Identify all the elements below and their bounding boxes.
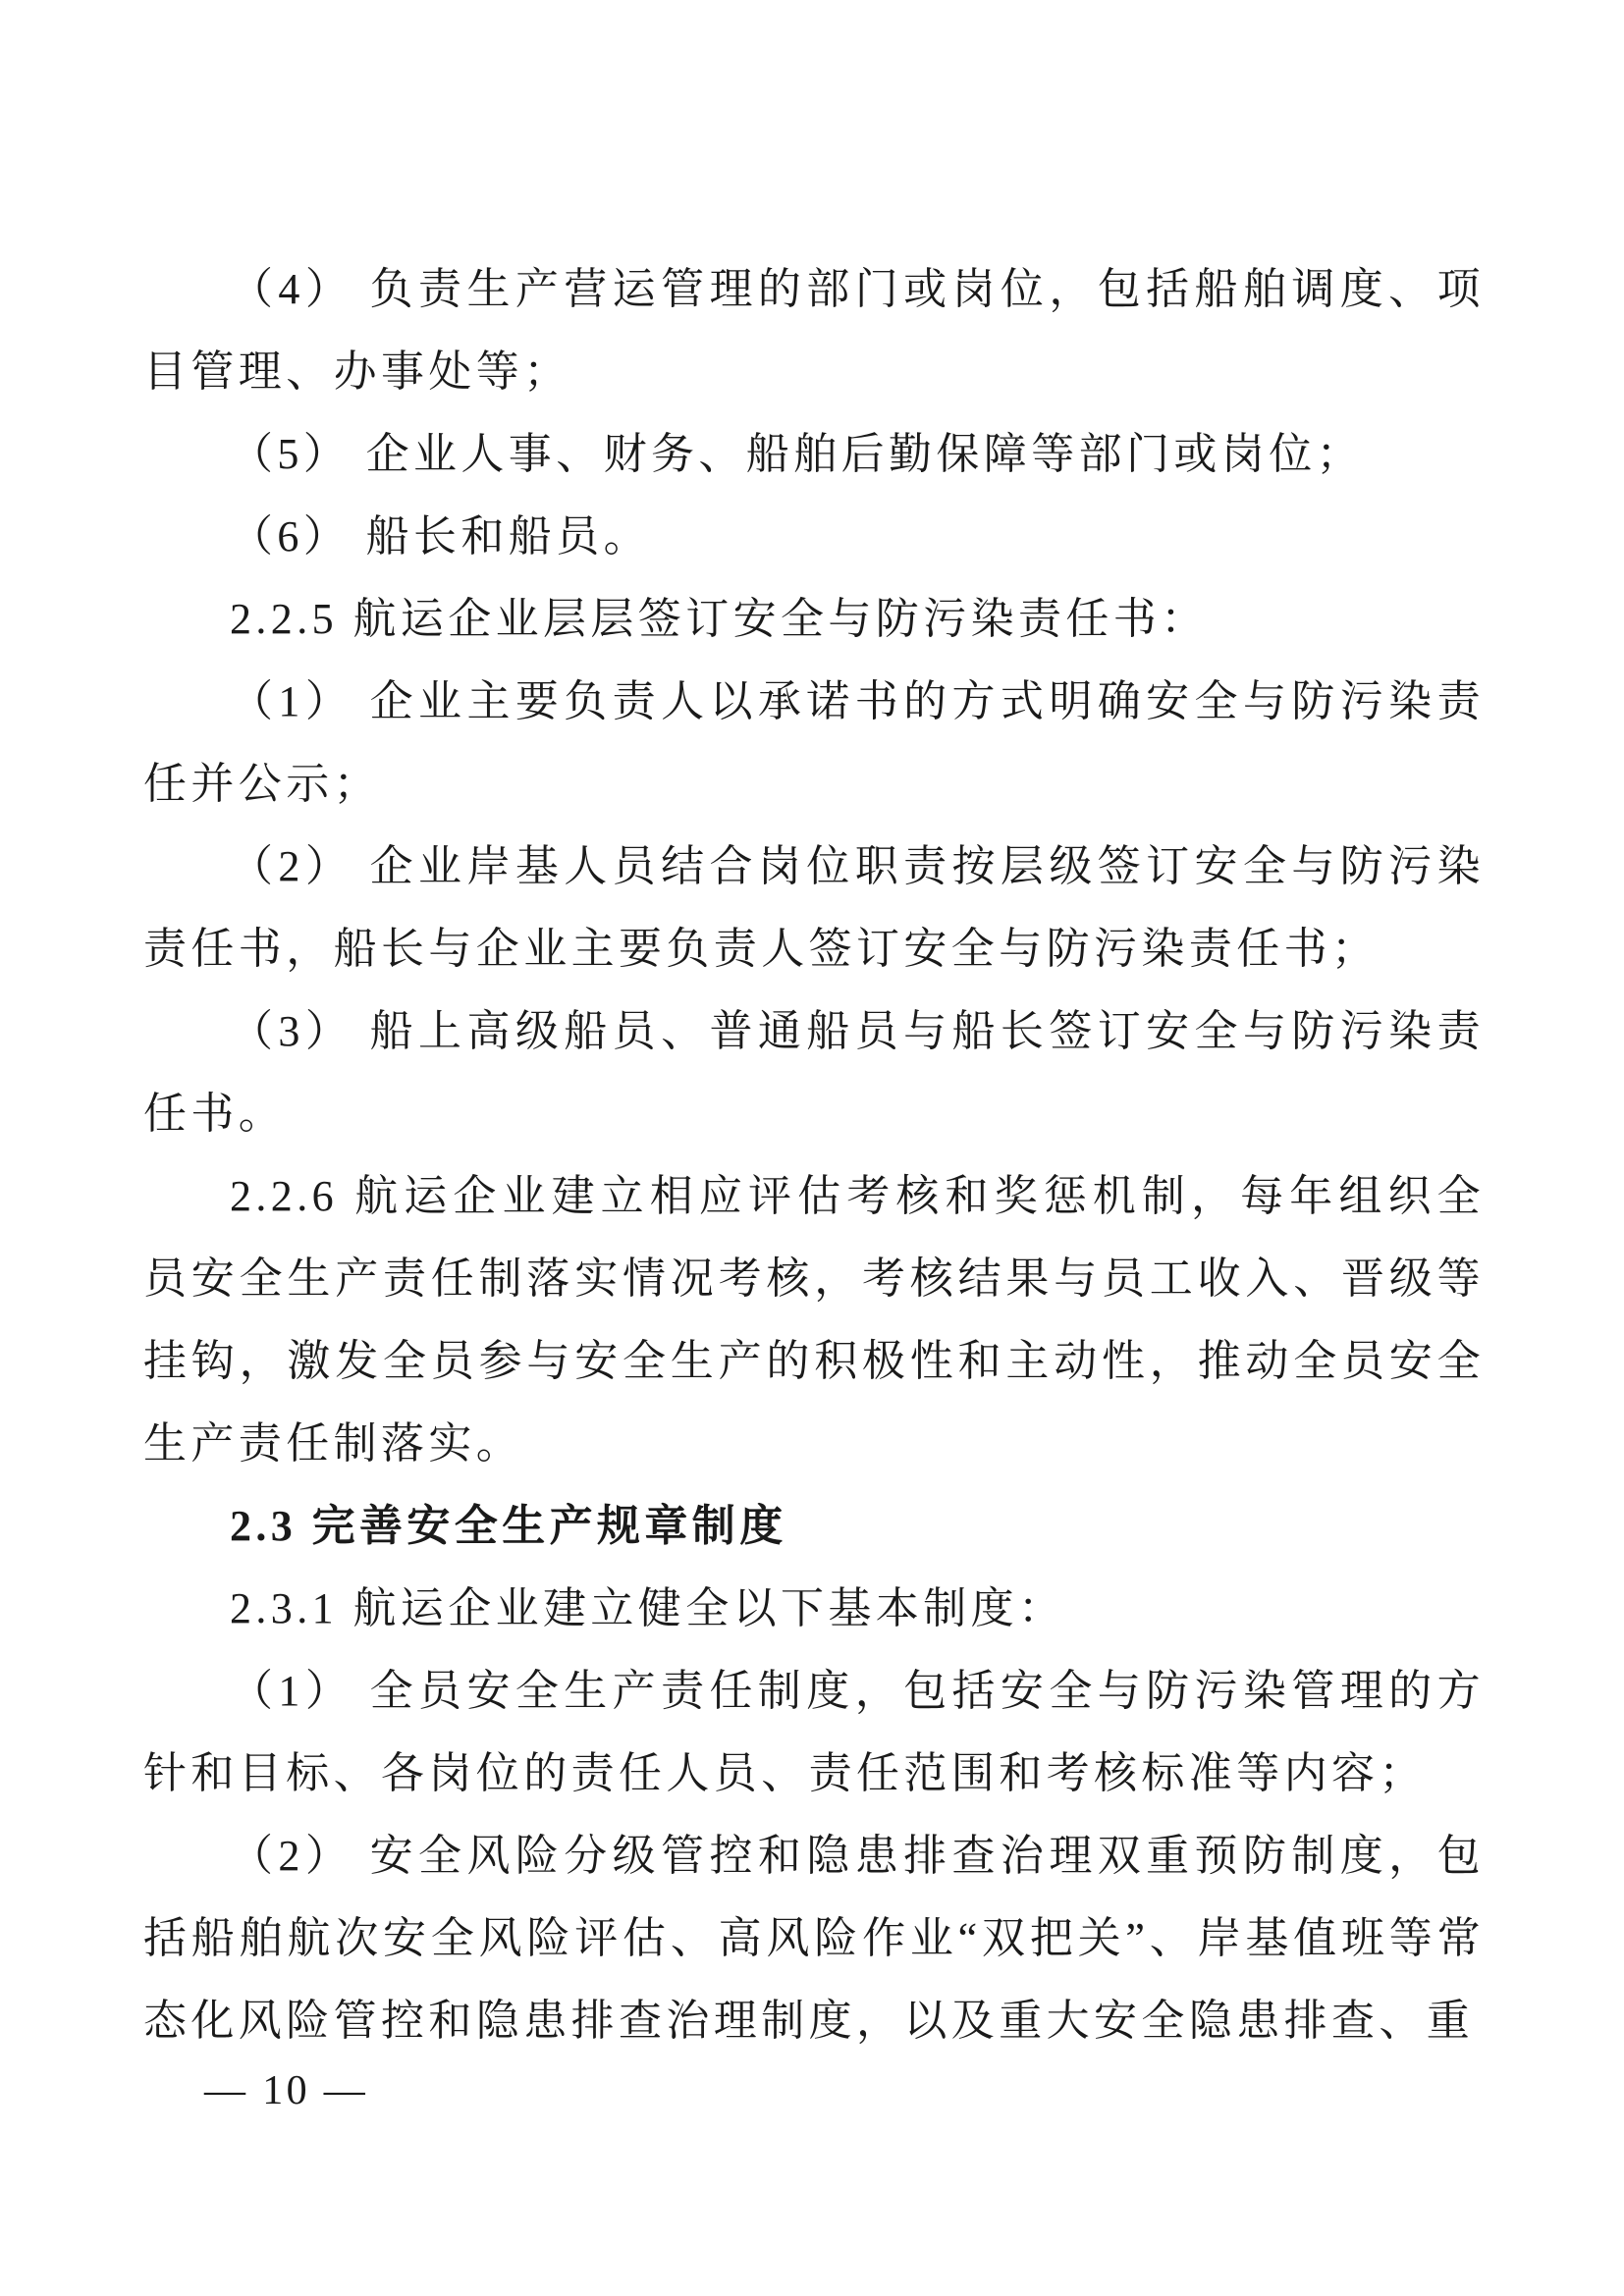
paragraph-basic-system-2: （2） 安全风险分级管控和隐患排查治理双重预防制度，包括船舶航次安全风险评估、高… xyxy=(143,1815,1485,2062)
paragraph-item-4: （4） 负责生产营运管理的部门或岗位，包括船舶调度、项目管理、办事处等； xyxy=(143,248,1485,413)
section-heading-2-3: 2.3 完善安全生产规章制度 xyxy=(143,1485,1485,1568)
paragraph-clause-2-2-6: 2.2.6 航运企业建立相应评估考核和奖惩机制，每年组织全员安全生产责任制落实情… xyxy=(143,1155,1485,1485)
document-body: （4） 负责生产营运管理的部门或岗位，包括船舶调度、项目管理、办事处等； （5）… xyxy=(143,248,1485,2062)
page-number: — 10 — xyxy=(204,2067,368,2114)
paragraph-item-5: （5） 企业人事、财务、船舶后勤保障等部门或岗位； xyxy=(143,413,1485,496)
document-page: （4） 负责生产营运管理的部门或岗位，包括船舶调度、项目管理、办事处等； （5）… xyxy=(0,0,1624,2296)
paragraph-subitem-1: （1） 企业主要负责人以承诺书的方式明确安全与防污染责任并公示； xyxy=(143,661,1485,826)
paragraph-clause-2-3-1: 2.3.1 航运企业建立健全以下基本制度： xyxy=(143,1568,1485,1650)
paragraph-subitem-3: （3） 船上高级船员、普通船员与船长签订安全与防污染责任书。 xyxy=(143,990,1485,1155)
paragraph-basic-system-1: （1） 全员安全生产责任制度，包括安全与防污染管理的方针和目标、各岗位的责任人员… xyxy=(143,1650,1485,1815)
paragraph-item-6: （6） 船长和船员。 xyxy=(143,496,1485,578)
paragraph-clause-2-2-5: 2.2.5 航运企业层层签订安全与防污染责任书： xyxy=(143,578,1485,661)
paragraph-subitem-2: （2） 企业岸基人员结合岗位职责按层级签订安全与防污染责任书，船长与企业主要负责… xyxy=(143,826,1485,990)
